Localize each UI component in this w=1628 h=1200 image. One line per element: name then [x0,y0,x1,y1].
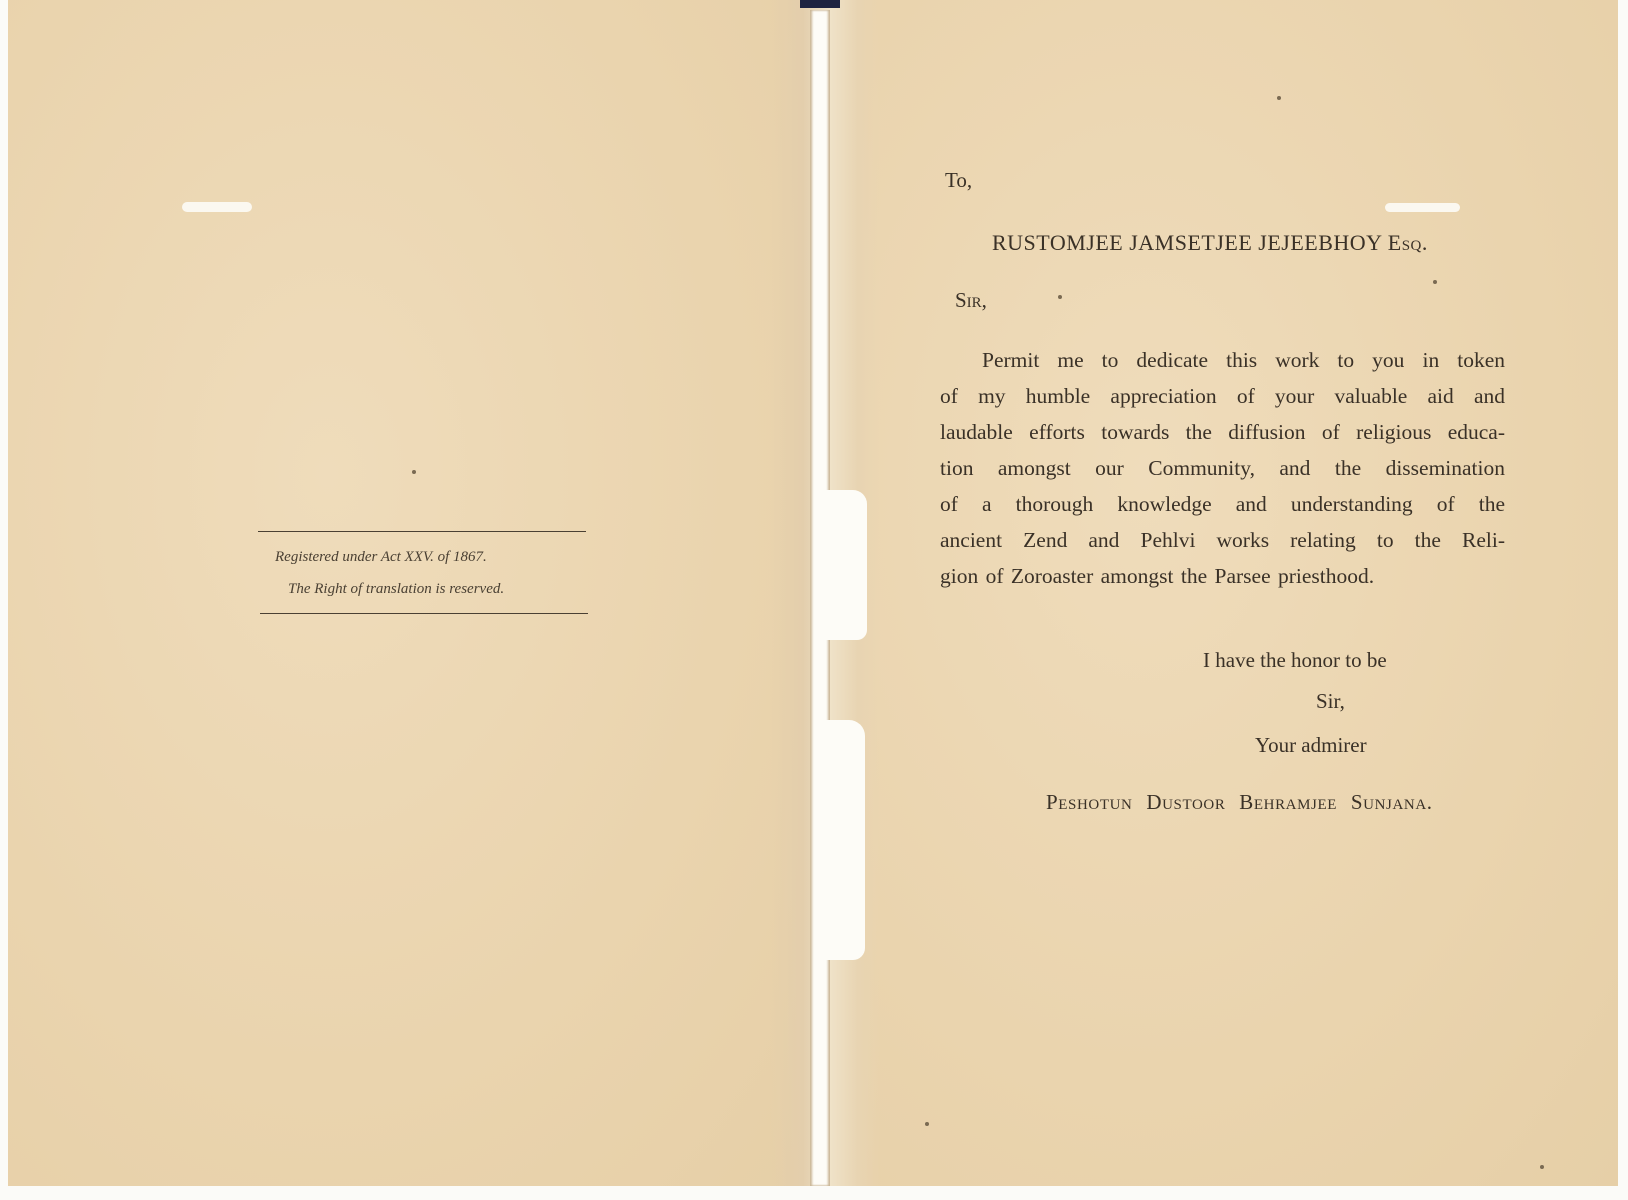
foxing-spot [1433,280,1437,284]
bottom-rule [260,613,588,614]
paper-hole [182,202,252,212]
body-line: tion amongst our Community, and the diss… [940,456,1505,481]
foxing-spot [1277,96,1281,100]
body-line: of a thorough knowledge and understandin… [940,492,1505,517]
closing-admirer: Your admirer [1255,733,1367,758]
registration-notice: Registered under Act XXV. of 1867. [275,549,487,566]
foxing-spot [925,1122,929,1126]
body-line: ancient Zend and Pehlvi works relating t… [940,528,1505,553]
foxing-spot [412,470,416,474]
binding-edge [800,0,840,8]
closing-sir: Sir, [1316,689,1345,714]
paper-tear [815,720,865,960]
foxing-spot [1058,295,1062,299]
foxing-spot [1540,1165,1544,1169]
paper-tear [815,490,867,640]
body-line: laudable efforts towards the diffusion o… [940,420,1505,445]
addressee-name: RUSTOMJEE JAMSETJEE JEJEEBHOY [992,230,1382,255]
signature: Peshotun Dustoor Behramjee Sunjana. [1046,790,1433,815]
body-line: of my humble appreciation of your valuab… [940,384,1505,409]
salutation-sir: Sir, [955,288,987,313]
closing-honor: I have the honor to be [1203,648,1387,673]
body-line: Permit me to dedicate this work to you i… [982,348,1505,373]
salutation-to: To, [945,168,972,193]
body-line: gion of Zoroaster amongst the Parsee pri… [940,564,1374,589]
addressee: RUSTOMJEE JAMSETJEE JEJEEBHOY Esq. [992,230,1428,256]
top-rule [258,531,586,532]
paper-hole [1385,203,1460,212]
rights-notice: The Right of translation is reserved. [288,581,504,598]
addressee-suffix: Esq. [1388,230,1428,255]
